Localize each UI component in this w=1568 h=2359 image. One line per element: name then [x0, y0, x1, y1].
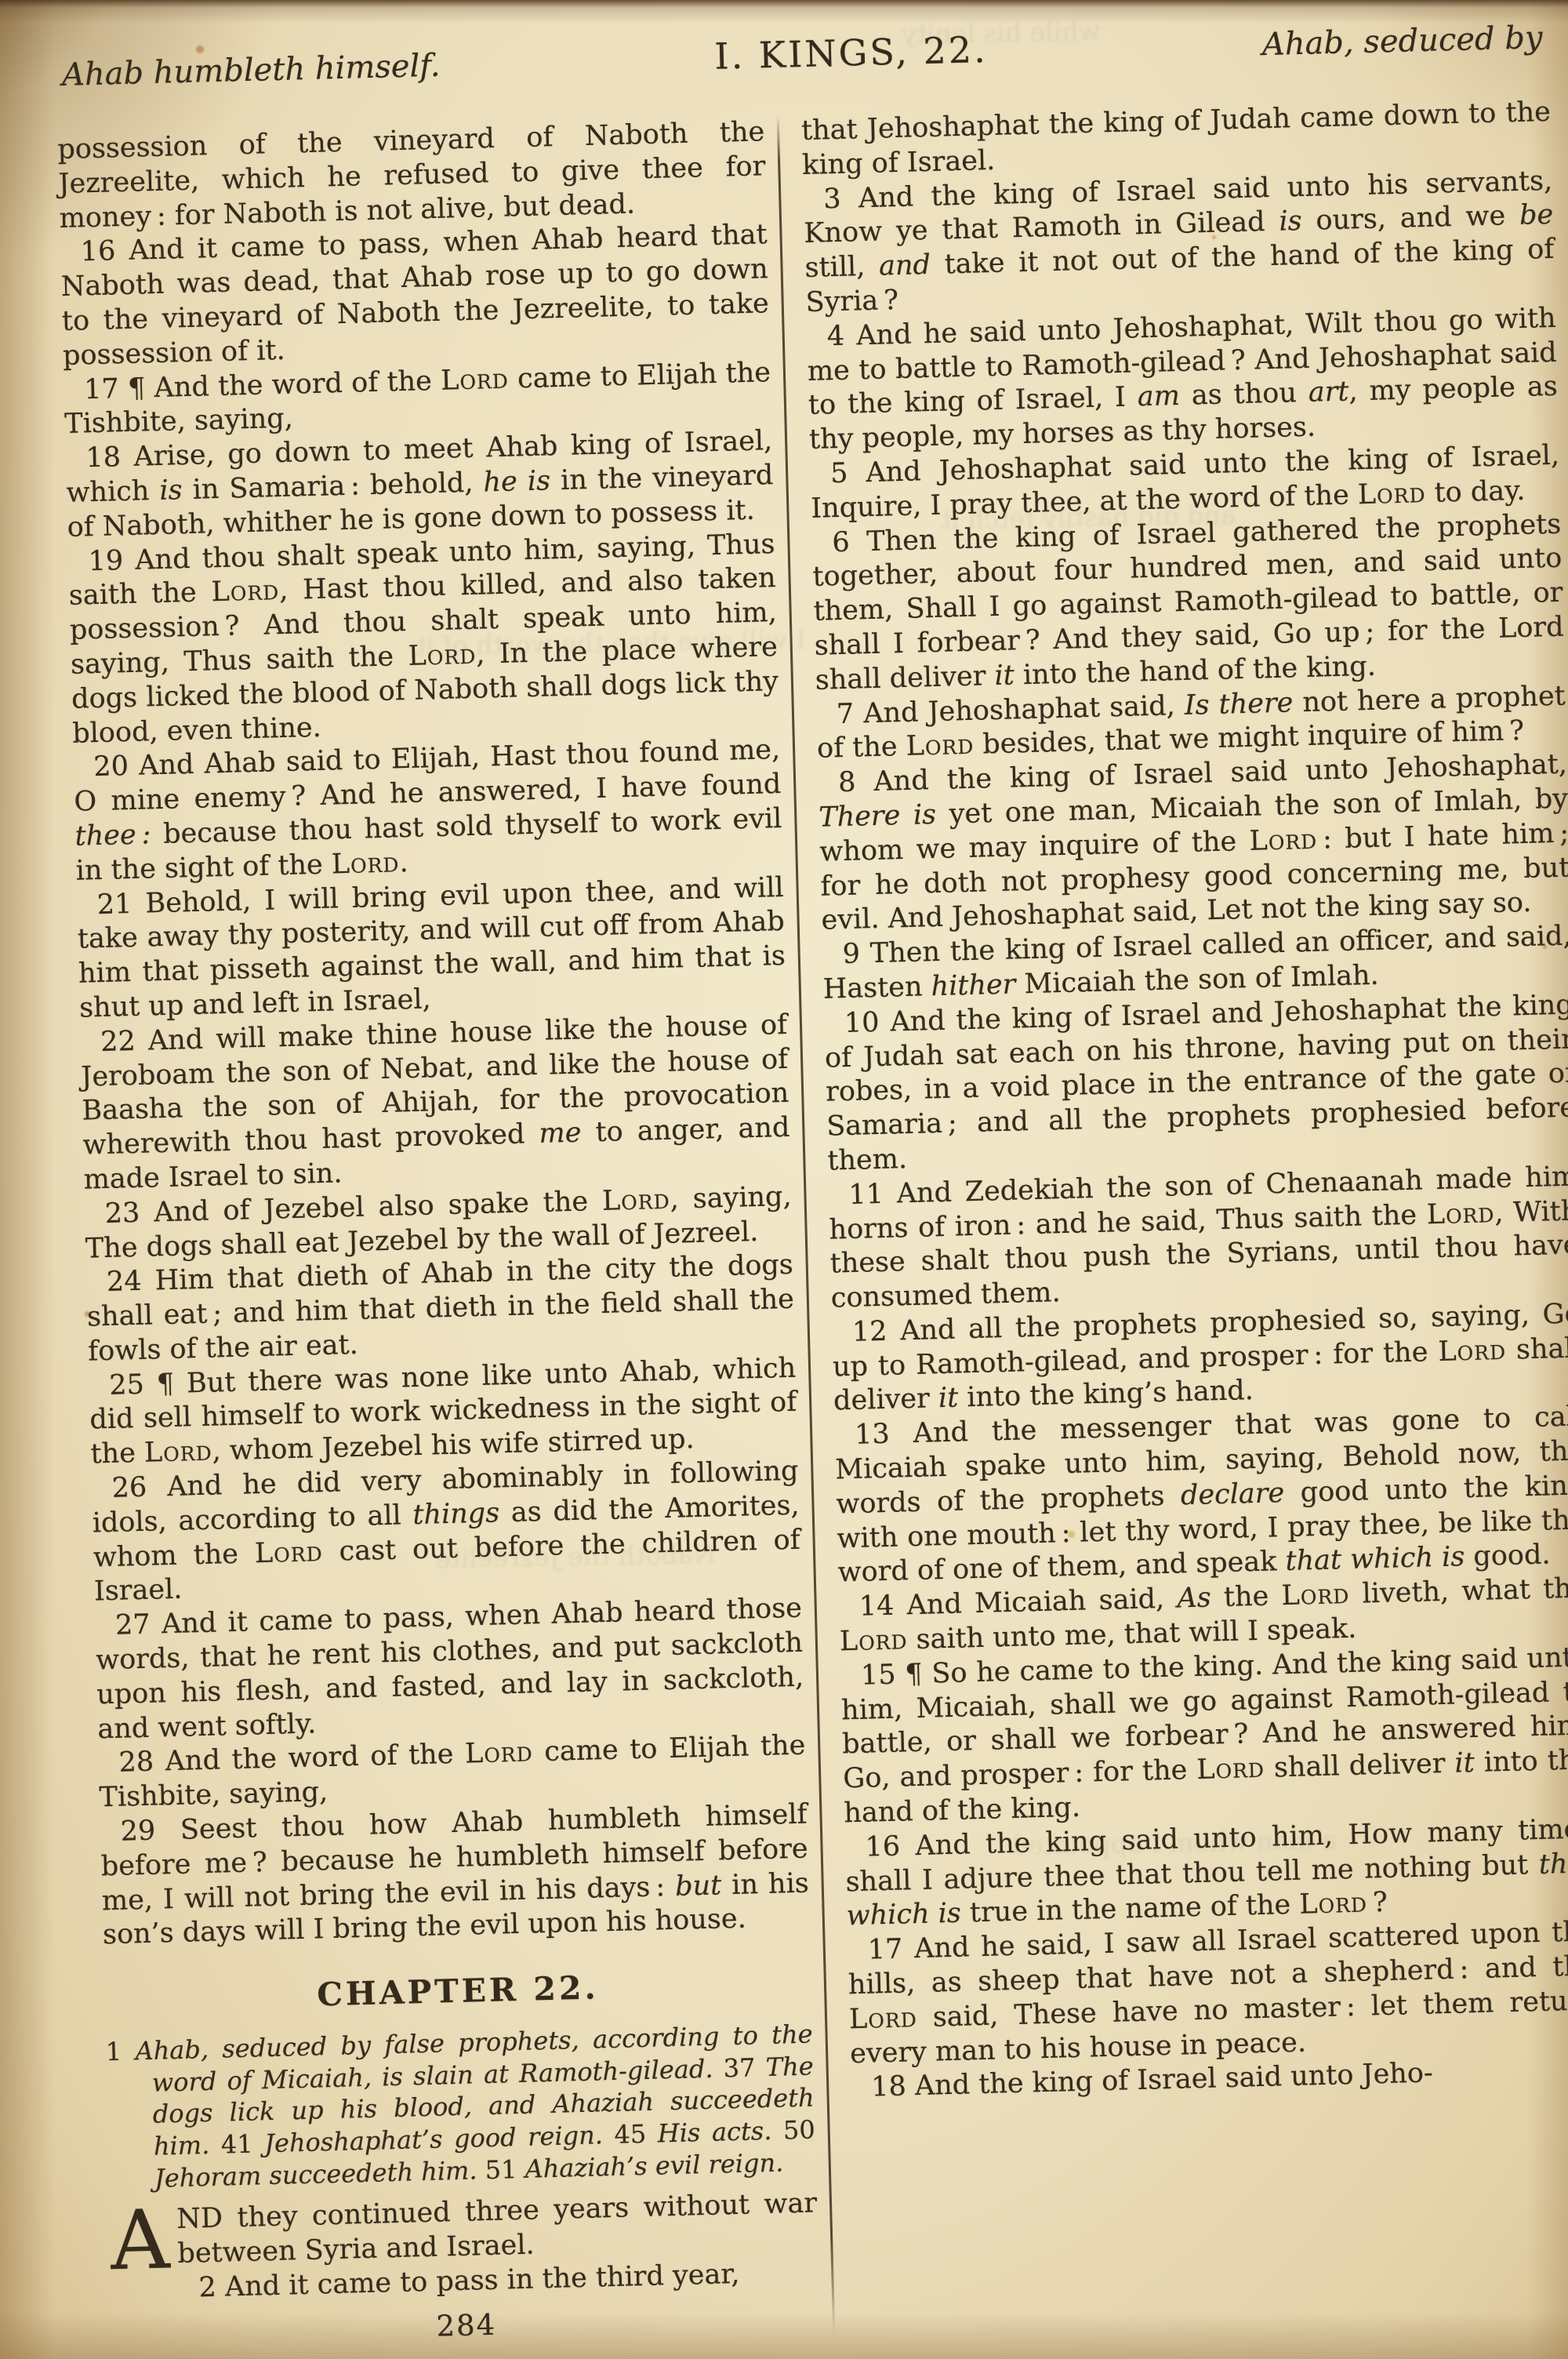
verse-number: 20	[93, 751, 129, 783]
summary-verse-ref: 51	[485, 2154, 517, 2185]
verse-24: 24 Him that dieth of Ahab in the city th…	[86, 1249, 796, 1369]
book-chapter-title: I. KINGS, 22.	[714, 28, 988, 78]
lord-small-caps: Lord	[408, 639, 477, 672]
summary-verse-ref: 41	[220, 2129, 253, 2160]
verse-4: 4 And he said unto Jehoshaphat, Wilt tho…	[806, 302, 1559, 458]
italic-word: it	[938, 1383, 958, 1415]
italic-word: am	[1137, 380, 1180, 413]
italic-word: art	[1308, 376, 1349, 409]
italic-word: and	[879, 249, 931, 282]
italic-word: As	[1177, 1583, 1211, 1615]
summary-verse-ref: 37	[723, 2052, 756, 2083]
lord-small-caps: Lord	[1196, 1753, 1265, 1786]
verse-number: 14	[858, 1590, 895, 1623]
verse-16: 16 And the king said unto him, How many …	[844, 1812, 1568, 1935]
verse-13: 13 And the messenger that was gone to ca…	[834, 1401, 1568, 1591]
italic-word: hither	[931, 969, 1016, 1002]
italic-word: There is	[818, 799, 937, 834]
lord-small-caps: Lord	[906, 729, 975, 762]
verse-number: 17	[867, 1934, 903, 1966]
italic-word: things	[412, 1497, 500, 1531]
lord-small-caps: Lord	[602, 1183, 671, 1216]
verse-15: 15 ¶ So he came to the king. And the kin…	[840, 1641, 1568, 1831]
verse-26: 26 And he did very abominably in followi…	[91, 1455, 801, 1610]
lord-small-caps: Lord	[1249, 823, 1318, 856]
lord-small-caps: Lord	[254, 1536, 323, 1569]
chapter-summary: 1 Ahab, seduced by false prophets, accor…	[105, 2019, 816, 2196]
verse-11: 11 And Zedekiah the son of Chenaanah mad…	[828, 1160, 1568, 1316]
verse-number: 25	[109, 1369, 145, 1401]
page-number: 284	[112, 2299, 820, 2352]
verse-number: 2	[198, 2272, 216, 2304]
italic-word: is	[159, 474, 183, 507]
verse-number: 7	[836, 698, 854, 730]
lord-small-caps: Lord	[839, 1624, 908, 1657]
italic-word: it	[994, 660, 1014, 692]
verse-number: 26	[111, 1472, 147, 1504]
verse-22: 22 And will make thine house like the ho…	[80, 1009, 791, 1198]
verse-number: 24	[107, 1266, 143, 1298]
verse-number: 1	[105, 2037, 122, 2067]
verse-16: 16 And it came to pass, when Ahab heard …	[60, 219, 770, 374]
lord-small-caps: Lord	[441, 363, 510, 396]
summary-verse-ref: 45	[614, 2119, 647, 2150]
lord-small-caps: Lord	[849, 2002, 918, 2035]
verse-number: 16	[80, 236, 116, 268]
text-columns: possession of the vineyard of Naboth the…	[57, 96, 1568, 2352]
lord-small-caps: Lord	[1357, 478, 1426, 511]
italic-word: me	[539, 1118, 582, 1150]
running-header-right: Ahab, seduced by	[1261, 20, 1543, 63]
verse-number: 6	[832, 526, 850, 558]
lord-small-caps: Lord	[331, 847, 400, 880]
verse-number: 17	[84, 373, 120, 405]
verse-17: 17 And he said, I saw all Israel scatter…	[847, 1915, 1568, 2071]
verse-27: 27 And it came to pass, when Ahab heard …	[95, 1592, 805, 1747]
italic-word: Is there	[1184, 687, 1294, 721]
lord-small-caps: Lord	[144, 1436, 213, 1469]
lord-small-caps: Lord	[1438, 1334, 1507, 1367]
verse-21: 21 Behold, I will bring evil upon thee, …	[76, 871, 786, 1026]
verse-number: 23	[104, 1198, 140, 1230]
verse-number: 21	[96, 889, 132, 921]
verse-number: 11	[848, 1179, 884, 1211]
verse-18: 18 Arise, go down to meet Ahab king of I…	[65, 424, 775, 545]
verse-number: 3	[823, 183, 841, 215]
verse-number: 9	[842, 939, 860, 971]
verse-number: 27	[115, 1609, 151, 1641]
chapter-heading: CHAPTER 22.	[104, 1964, 812, 2019]
verse-number: 19	[88, 545, 124, 577]
verse-12: 12 And all the prophets prophesied so, s…	[831, 1297, 1568, 1419]
continued-verse-text: possession of the vineyard of Naboth the…	[57, 115, 767, 236]
running-header-left: Ahab humbleth himself.	[61, 48, 440, 93]
verse-number: 18	[871, 2071, 907, 2103]
verse-6: 6 Then the king of Israel gathered the p…	[811, 507, 1565, 698]
verse-number: 10	[844, 1007, 880, 1039]
verse-20: 20 And Ahab said to Elijah, Hast thou fo…	[73, 733, 783, 889]
column-right: that Jehoshaphat the king of Judah came …	[779, 96, 1568, 2333]
verse-number: 13	[855, 1419, 891, 1451]
verse-number: 29	[120, 1816, 156, 1848]
verse-25: 25 ¶ But there was none like unto Ahab, …	[89, 1351, 798, 1472]
verse-number: 8	[838, 767, 856, 799]
drop-cap-initial: A	[110, 2207, 170, 2274]
italic-word: thee :	[74, 819, 151, 852]
verse-10: 10 And the king of Israel and Jehoshapha…	[823, 988, 1568, 1179]
lord-small-caps: Lord	[1281, 1579, 1350, 1612]
running-header: Ahab humbleth himself. I. KINGS, 22. Aha…	[55, 14, 1549, 94]
verse-8: 8 And the king of Israel said unto Jehos…	[818, 748, 1568, 939]
verse-number: 15	[861, 1659, 897, 1691]
italic-word: it	[1454, 1747, 1475, 1779]
italic-word: be	[1519, 199, 1554, 231]
lord-small-caps: Lord	[211, 575, 280, 608]
lord-small-caps: Lord	[465, 1737, 534, 1770]
verse-number: 16	[865, 1830, 901, 1863]
italic-word: declare	[1181, 1478, 1285, 1511]
verse-number: 12	[851, 1316, 887, 1348]
italic-word: that which is	[1285, 1542, 1465, 1578]
verse-number: 18	[85, 442, 122, 474]
scanned-bible-page: while his lenityand did hastily fetch it…	[0, 0, 1568, 2359]
verse-19: 19 And thou shalt speak unto him, saying…	[67, 528, 779, 752]
page-content: Ahab humbleth himself. I. KINGS, 22. Aha…	[55, 14, 1568, 2352]
verse-number: 28	[118, 1747, 154, 1779]
column-left: possession of the vineyard of Naboth the…	[57, 115, 833, 2352]
verse-number: 22	[100, 1026, 136, 1058]
italic-word: is	[1279, 205, 1302, 238]
italic-word: but	[675, 1870, 722, 1902]
italic-word: he is	[483, 465, 551, 498]
verse-number: 4	[826, 321, 844, 353]
verse-3: 3 And the king of Israel said unto his s…	[803, 164, 1555, 320]
verse-number: 5	[830, 458, 848, 490]
lord-small-caps: Lord	[1426, 1198, 1495, 1230]
lord-small-caps: Lord	[1299, 1888, 1368, 1921]
summary-verse-ref: 50	[782, 2114, 815, 2145]
verse-29: 29 Seest thou how Ahab humbleth himself …	[100, 1798, 810, 1954]
